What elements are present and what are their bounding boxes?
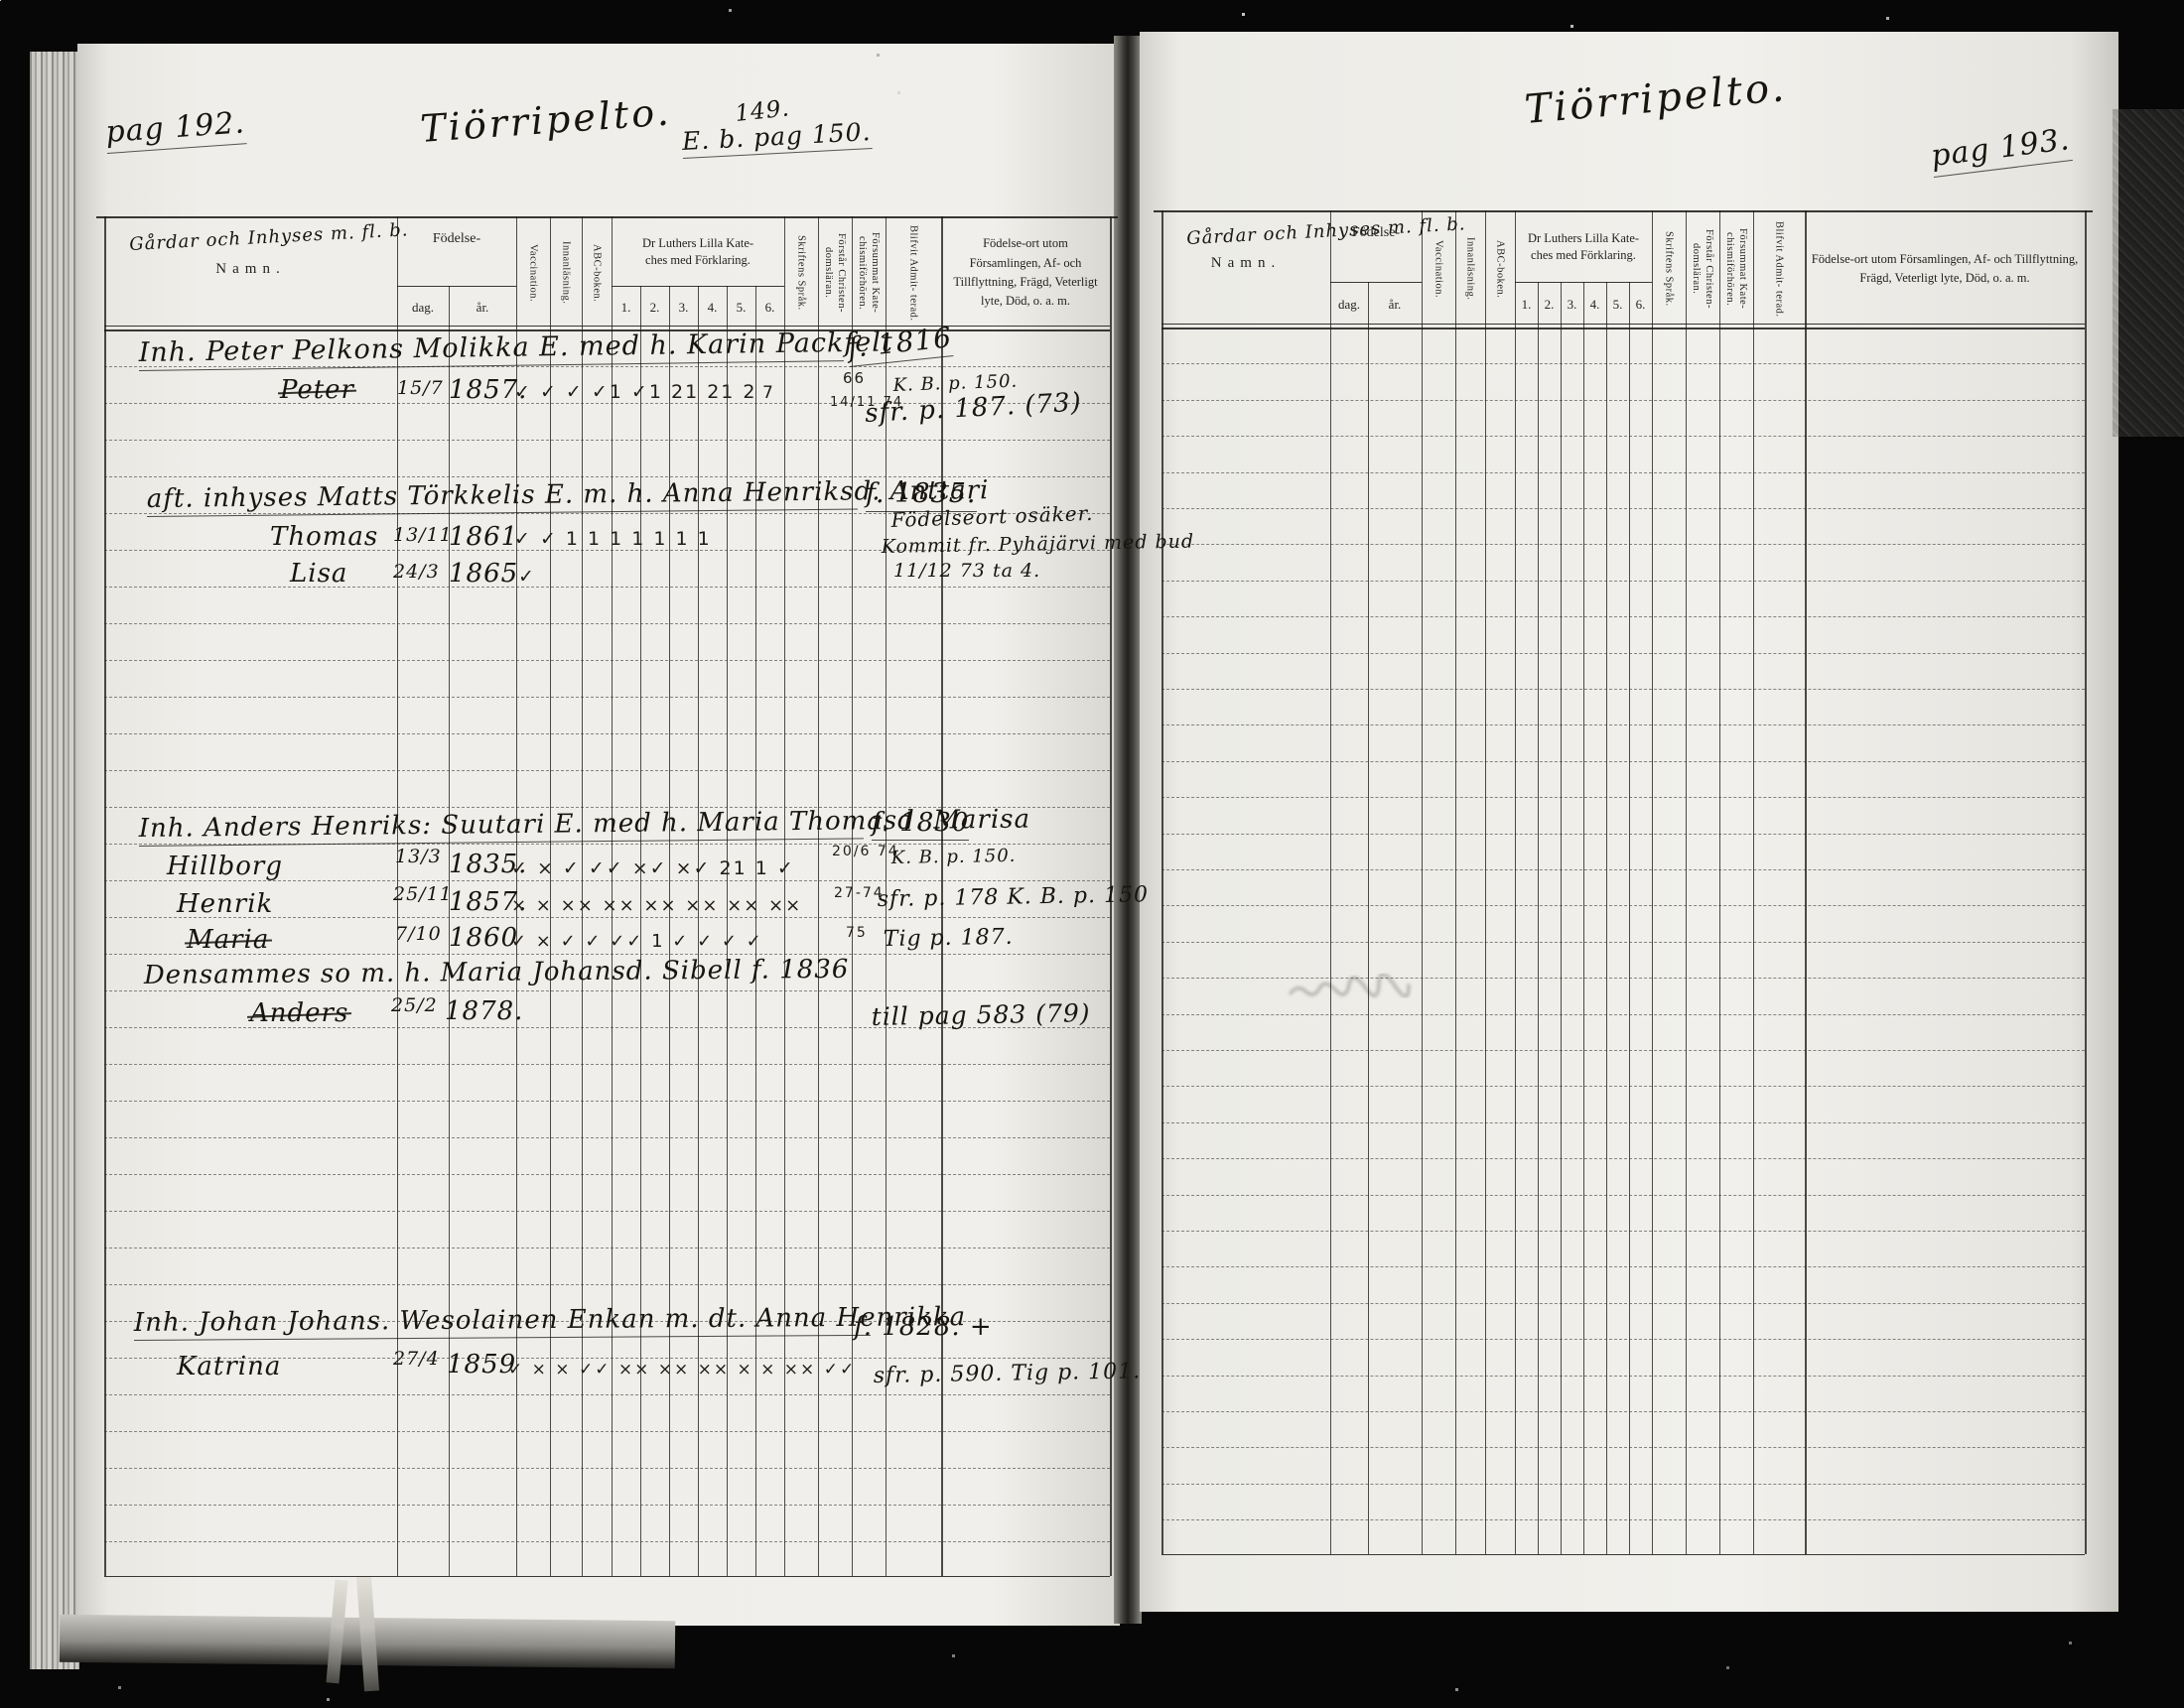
left-row-rule-17 [104, 990, 1110, 991]
left-entry-19: ✓ ✓ 1 1 1 1 1 1 1 [514, 528, 712, 550]
left-entry-7: 15/7 [397, 377, 444, 399]
right-col-rule-1 [1330, 210, 1331, 1554]
left-header-vaccination-label: Vaccination. [516, 220, 550, 326]
right-row-rule-18 [1161, 1014, 2085, 1015]
right-col-rule-6 [1515, 210, 1516, 1554]
right-row-rule-3 [1161, 472, 2085, 473]
left-header-birth-label: Födelse- [397, 224, 516, 254]
scanned-parish-register-photo: pag 192. Tiörripelto. 149. E. b. pag 150… [0, 0, 2184, 1708]
right-row-rule-26 [1161, 1303, 2085, 1304]
left-entry-2: 66 [843, 369, 866, 387]
right-col-rule-15 [1753, 210, 1754, 1554]
right-header-name-cell: Gårdar och Inhyses m. fl. b.Namn. [1161, 210, 1330, 328]
right-row-rule-16 [1161, 942, 2085, 943]
right-row-rule-8 [1161, 653, 2085, 654]
right-row-rule-6 [1161, 581, 2085, 582]
left-entry-26: Hillborg [167, 852, 283, 881]
right-col-rule-12 [1652, 210, 1653, 1554]
book-page-edges [30, 52, 79, 1669]
right-row-rule-30 [1161, 1447, 2085, 1448]
left-entry-46: 25/2 [391, 994, 438, 1016]
left-row-rule-10 [104, 733, 1110, 734]
right-header-birth-label: Födelse- [1330, 218, 1422, 248]
left-entry-50: f. 1828. + [854, 1312, 993, 1342]
left-header-catechism-1: 1. [612, 286, 640, 329]
scan-noise-corner [2113, 109, 2184, 437]
left-entry-29: ✓ × ✓ ✓✓ ×✓ ×✓ 21 1 ✓ [511, 857, 795, 879]
right-row-rule-5 [1161, 544, 2085, 545]
right-header-catechism-1: 1. [1515, 282, 1538, 328]
right-row-rule-21 [1161, 1122, 2085, 1123]
right-col-rule-3 [1422, 210, 1423, 1554]
left-row-rule-9 [104, 697, 1110, 698]
left-entry-20: Lisa [290, 559, 347, 589]
left-entry-30: 20/6 74 [832, 844, 899, 859]
left-row-rule-23 [104, 1211, 1110, 1212]
left-header-reading-label: Innanläsning. [550, 220, 582, 326]
left-row-rule-32 [104, 1541, 1110, 1542]
right-header-catechism-3: 3. [1561, 282, 1583, 328]
right-header-name-label: Namn. [1161, 252, 1330, 274]
right-row-rule-9 [1161, 689, 2085, 690]
left-header-scripture-label: Skriftens Språk. [784, 220, 818, 326]
left-row-rule-6 [104, 587, 1110, 588]
right-col-rule-13 [1686, 210, 1687, 1554]
right-header-understands-label: Förstår Christen- domsläran. [1686, 214, 1719, 324]
right-header-birth-day-label: dag. [1330, 282, 1368, 328]
left-header-name-label: Namn. [104, 258, 397, 280]
left-entry-31: K. B. p. 150. [891, 846, 1017, 868]
left-entry-45: Anders [250, 998, 348, 1028]
left-row-rule-19 [104, 1064, 1110, 1065]
left-entry-21: 24/3 [393, 561, 440, 583]
left-header-birth-year-label: år. [449, 286, 516, 329]
left-entry-54: ✓ × × ✓✓ ×× ×× ×× × × ×× ✓✓ [508, 1360, 856, 1380]
left-row-rule-24 [104, 1248, 1110, 1248]
left-entry-17: 13/11 [393, 524, 453, 546]
left-entry-43: Tig p. 187. [884, 925, 1014, 952]
right-header-missed-label: Försummat Kate- chismiförhören. [1719, 214, 1753, 324]
right-row-rule-4 [1161, 508, 2085, 509]
right-row-rule-14 [1161, 869, 2085, 870]
left-entry-18: 1861 [449, 522, 518, 552]
left-row-rule-11 [104, 770, 1110, 771]
left-header-admitted-label: Blifvit Admit- terad. [886, 220, 941, 326]
left-row-rule-8 [104, 660, 1110, 661]
left-entry-9: ✓ ✓ ✓ ✓1 ✓1 21 21 2 [514, 381, 757, 403]
left-entry-40: 1860 [449, 923, 518, 953]
right-row-rule-29 [1161, 1411, 2085, 1412]
left-header-hand-note: Gårdar och Inhyses m. fl. b. [129, 219, 409, 256]
right-row-rule-23 [1161, 1195, 2085, 1196]
right-header-catechism-5: 5. [1606, 282, 1629, 328]
left-header-catechism-label: Dr Luthers Lilla Kate-ches med Förklarin… [612, 220, 784, 284]
left-header-understands-label: Förstår Christen- domsläran. [818, 220, 852, 326]
right-col-rule-5 [1485, 210, 1486, 1554]
left-header-name-cell: Gårdar och Inhyses m. fl. b.Namn. [104, 216, 397, 329]
left-header-catechism-4: 4. [698, 286, 727, 329]
left-entry-51: Katrina [177, 1352, 281, 1381]
right-row-rule-7 [1161, 616, 2085, 617]
right-header-vaccination-label: Vaccination. [1422, 214, 1455, 324]
right-row-rule-32 [1161, 1519, 2085, 1520]
right-header-notes-label: Födelse-ort utom Församlingen, Af- och T… [1811, 216, 2079, 322]
right-row-rule-25 [1161, 1266, 2085, 1267]
right-col-rule-0 [1161, 210, 1163, 1554]
left-entry-22: 1865 [449, 559, 518, 589]
right-header-scripture-label: Skriftens Språk. [1652, 214, 1686, 324]
left-header-catechism-3: 3. [669, 286, 698, 329]
right-col-rule-14 [1719, 210, 1720, 1554]
right-row-rule-13 [1161, 834, 2085, 835]
right-row-rule-28 [1161, 1376, 2085, 1377]
right-row-rule-15 [1161, 905, 2085, 906]
right-col-rule-17 [2085, 210, 2087, 1554]
left-bottom-rule [104, 1576, 1110, 1577]
book-spine [1114, 36, 1142, 1624]
left-entry-25: f. 1830 [872, 808, 969, 841]
left-entry-33: 25/11 [393, 883, 453, 905]
right-row-rule-22 [1161, 1158, 2085, 1159]
left-entry-15: 11/12 73 ta 4. [893, 560, 1040, 582]
right-header-catechism-label: Dr Luthers Lilla Kate-ches med Förklarin… [1515, 214, 1652, 280]
right-bottom-rule [1161, 1554, 2085, 1555]
right-header-catechism-2: 2. [1538, 282, 1561, 328]
left-row-rule-7 [104, 623, 1110, 624]
right-row-rule-17 [1161, 978, 2085, 979]
left-entry-49: Inh. Johan Johans. Wesolainen Enkan m. d… [134, 1303, 871, 1341]
left-entry-41: ✓ × ✓ ✓ ✓✓ 1 ✓ ✓ ✓ ✓ [511, 931, 763, 952]
left-entry-35: × × ×× ×× ×× ×× ×× ×× [511, 895, 802, 916]
left-header-birth-day-label: dag. [397, 286, 449, 329]
right-row-rule-27 [1161, 1339, 2085, 1340]
left-row-rule-2 [104, 440, 1110, 441]
right-row-rule-31 [1161, 1484, 2085, 1485]
right-col-rule-16 [1805, 210, 1807, 1554]
left-entry-55: sfr. p. 590. Tig p. 101. [874, 1359, 1142, 1388]
left-entry-37: sfr. p. 178 K. B. p. 150 [878, 882, 1150, 912]
right-row-rule-12 [1161, 797, 2085, 798]
left-entry-52: 27/4 [393, 1348, 440, 1370]
left-row-rule-31 [104, 1505, 1110, 1506]
right-row-rule-11 [1161, 761, 2085, 762]
left-row-rule-21 [104, 1137, 1110, 1138]
right-row-rule-1 [1161, 400, 2085, 401]
left-header-catechism-6: 6. [755, 286, 784, 329]
left-col-rule-0 [104, 216, 106, 1576]
left-header-abc-book-label: ABC-boken. [582, 220, 612, 326]
right-header-catechism-4: 4. [1583, 282, 1606, 328]
dust-specks [0, 0, 1, 1]
right-row-rule-10 [1161, 724, 2085, 725]
left-entry-39: 7/10 [395, 923, 442, 945]
left-row-rule-25 [104, 1284, 1110, 1285]
left-header-notes-label: Födelse-ort utom Församlingen, Af- och T… [947, 222, 1104, 324]
left-row-rule-20 [104, 1101, 1110, 1102]
left-row-rule-22 [104, 1174, 1110, 1175]
left-header-missed-label: Försummat Kate- chismiförhören. [852, 220, 886, 326]
left-entry-47: 1878. [445, 996, 523, 1026]
left-entry-6: Peter [280, 375, 354, 405]
right-col-rule-4 [1455, 210, 1456, 1554]
right-row-rule-20 [1161, 1086, 2085, 1087]
right-row-rule-19 [1161, 1050, 2085, 1051]
left-entry-53: 1859 [447, 1350, 516, 1380]
right-header-abc-book-label: ABC-boken. [1485, 214, 1515, 324]
right-header-admitted-label: Blifvit Admit- terad. [1753, 214, 1805, 324]
right-header-birth-year-label: år. [1368, 282, 1422, 328]
right-header-reading-label: Innanläsning. [1455, 214, 1485, 324]
right-row-rule-2 [1161, 436, 2085, 437]
left-row-rule-30 [104, 1468, 1110, 1469]
left-header-catechism-5: 5. [727, 286, 755, 329]
left-entry-16: Thomas [270, 522, 378, 552]
left-entry-27: 13/3 [395, 846, 442, 867]
left-row-rule-29 [104, 1431, 1110, 1432]
left-entry-42: 75 [846, 925, 868, 941]
right-row-rule-24 [1161, 1231, 2085, 1232]
right-row-rule-0 [1161, 363, 2085, 364]
left-entry-48: till pag 583 (79) [871, 998, 1090, 1031]
right-header-bottom-rule [1161, 328, 2085, 329]
left-entry-38: Maria [187, 925, 269, 955]
left-header-catechism-2: 2. [640, 286, 669, 329]
right-header-catechism-6: 6. [1629, 282, 1652, 328]
left-entry-32: Henrik [177, 889, 273, 919]
left-entry-23: ✓ [518, 566, 536, 588]
left-row-rule-28 [104, 1394, 1110, 1395]
left-entry-10: 7 [762, 383, 775, 403]
